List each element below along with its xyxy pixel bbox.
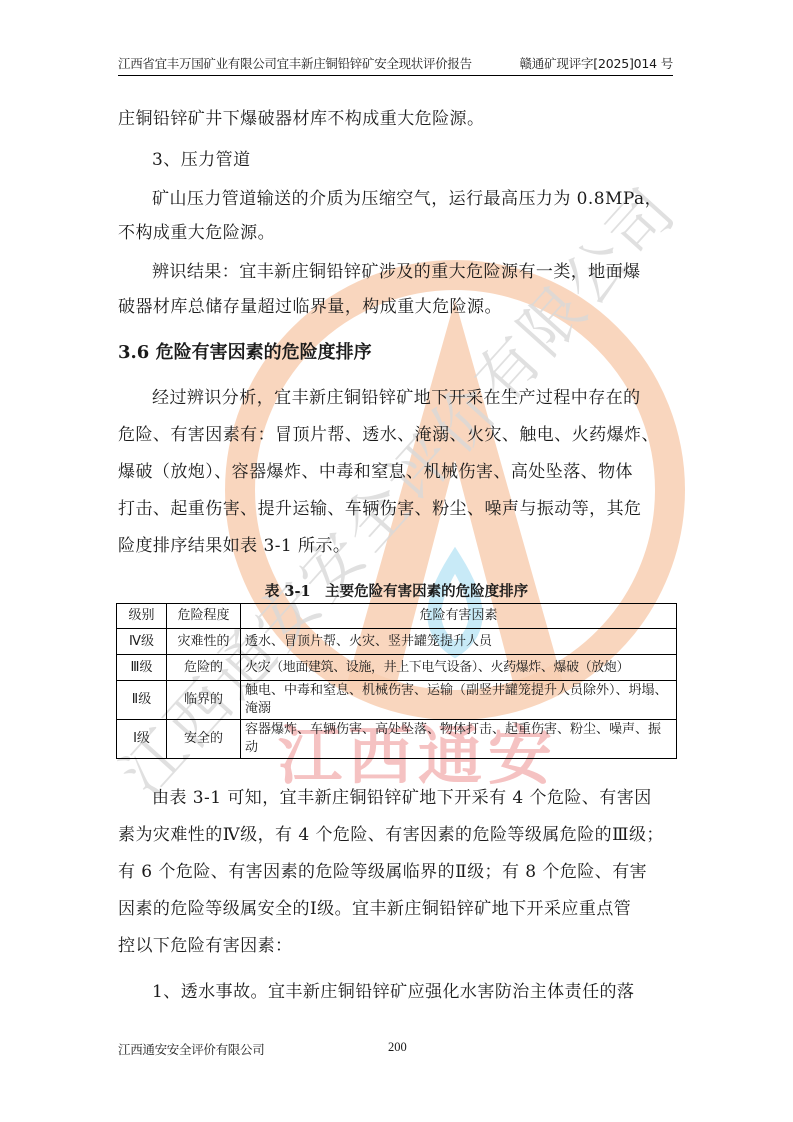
table-row: Ⅲ级 危险的 火灾（地面建筑、设施，井上下电气设备）、火药爆炸、爆破（放炮） xyxy=(117,655,677,681)
table-caption: 表 3-1 主要危险有害因素的危险度排序 xyxy=(0,583,793,601)
table-row: Ⅱ级 临界的 触电、中毒和窒息、机械伤害、运输（副竖井罐笼提升人员除外）、坍塌、… xyxy=(117,681,677,720)
paragraph-line: 由表 3-1 可知，宜丰新庄铜铅锌矿地下开采有 4 个危险、有害因 xyxy=(152,788,712,808)
table-row: Ⅰ级 安全的 容器爆炸、车辆伤害、高处坠落、物体打击、起重伤害、粉尘、噪声、振动 xyxy=(117,720,677,759)
page-number: 200 xyxy=(388,1040,407,1055)
header-cell-factors: 危险有害因素 xyxy=(241,604,677,629)
cell-factors: 触电、中毒和窒息、机械伤害、运输（副竖井罐笼提升人员除外）、坍塌、淹溺 xyxy=(241,681,677,720)
table-header-row: 级别 危险程度 危险有害因素 xyxy=(117,604,677,629)
hazard-ranking-table: 级别 危险程度 危险有害因素 Ⅳ级 灾难性的 透水、冒顶片帮、火灾、竖井罐笼提升… xyxy=(116,603,677,759)
paragraph-line: 矿山压力管道输送的介质为压缩空气，运行最高压力为 0.8MPa， xyxy=(152,189,712,209)
page-header: 江西省宜丰万国矿业有限公司宜丰新庄铜铅锌矿安全现状评价报告 赣通矿现评字[202… xyxy=(118,55,673,76)
cell-factors: 容器爆炸、车辆伤害、高处坠落、物体打击、起重伤害、粉尘、噪声、振动 xyxy=(241,720,677,759)
paragraph-line: 因素的危险等级属安全的Ⅰ级。宜丰新庄铜铅锌矿地下开采应重点管 xyxy=(118,899,678,919)
paragraph-line: 1、透水事故。宜丰新庄铜铅锌矿应强化水害防治主体责任的落 xyxy=(152,982,712,1002)
cell-degree: 危险的 xyxy=(167,655,241,681)
cell-degree: 安全的 xyxy=(167,720,241,759)
document-number: 赣通矿现评字[2025]014 号 xyxy=(520,55,674,73)
cell-level: Ⅰ级 xyxy=(117,720,167,759)
paragraph-line: 控以下危险有害因素： xyxy=(118,936,678,956)
document-page: 江西通安安全评价有限公司 江西通安 江西省宜丰万国矿业有限公司宜丰新庄铜铅锌矿安… xyxy=(0,0,793,1122)
cell-level: Ⅲ级 xyxy=(117,655,167,681)
paragraph-line: 爆破（放炮）、容器爆炸、中毒和窒息、机械伤害、高处坠落、物体 xyxy=(118,462,678,482)
paragraph-line: 打击、起重伤害、提升运输、车辆伤害、粉尘、噪声与振动等，其危 xyxy=(118,499,678,519)
paragraph-line: 庄铜铅锌矿井下爆破器材库不构成重大危险源。 xyxy=(118,109,678,129)
table-row: Ⅳ级 灾难性的 透水、冒顶片帮、火灾、竖井罐笼提升人员 xyxy=(117,629,677,655)
cell-level: Ⅳ级 xyxy=(117,629,167,655)
footer-company: 江西通安安全评价有限公司 xyxy=(118,1040,264,1058)
paragraph-line: 不构成重大危险源。 xyxy=(118,223,678,243)
header-cell-level: 级别 xyxy=(117,604,167,629)
cell-degree: 临界的 xyxy=(167,681,241,720)
paragraph-line: 破器材库总储存量超过临界量，构成重大危险源。 xyxy=(118,297,678,317)
paragraph-line: 经过辨识分析，宜丰新庄铜铅锌矿地下开采在生产过程中存在的 xyxy=(152,388,712,408)
paragraph-line: 辨识结果：宜丰新庄铜铅锌矿涉及的重大危险源有一类，地面爆 xyxy=(152,262,712,282)
header-cell-degree: 危险程度 xyxy=(167,604,241,629)
paragraph-line: 险度排序结果如表 3-1 所示。 xyxy=(118,536,678,556)
cell-degree: 灾难性的 xyxy=(167,629,241,655)
cell-level: Ⅱ级 xyxy=(117,681,167,720)
subheading-pressure-pipeline: 3、压力管道 xyxy=(152,150,712,170)
cell-factors: 火灾（地面建筑、设施，井上下电气设备）、火药爆炸、爆破（放炮） xyxy=(241,655,677,681)
paragraph-line: 危险、有害因素有：冒顶片帮、透水、淹溺、火灾、触电、火药爆炸、 xyxy=(118,425,678,445)
section-heading: 3.6 危险有害因素的危险度排序 xyxy=(118,342,372,364)
cell-factors: 透水、冒顶片帮、火灾、竖井罐笼提升人员 xyxy=(241,629,677,655)
paragraph-line: 有 6 个危险、有害因素的危险等级属临界的Ⅱ级；有 8 个危险、有害 xyxy=(118,862,678,882)
report-title: 江西省宜丰万国矿业有限公司宜丰新庄铜铅锌矿安全现状评价报告 xyxy=(118,55,472,73)
paragraph-line: 素为灾难性的Ⅳ级，有 4 个危险、有害因素的危险等级属危险的Ⅲ级； xyxy=(118,825,678,845)
